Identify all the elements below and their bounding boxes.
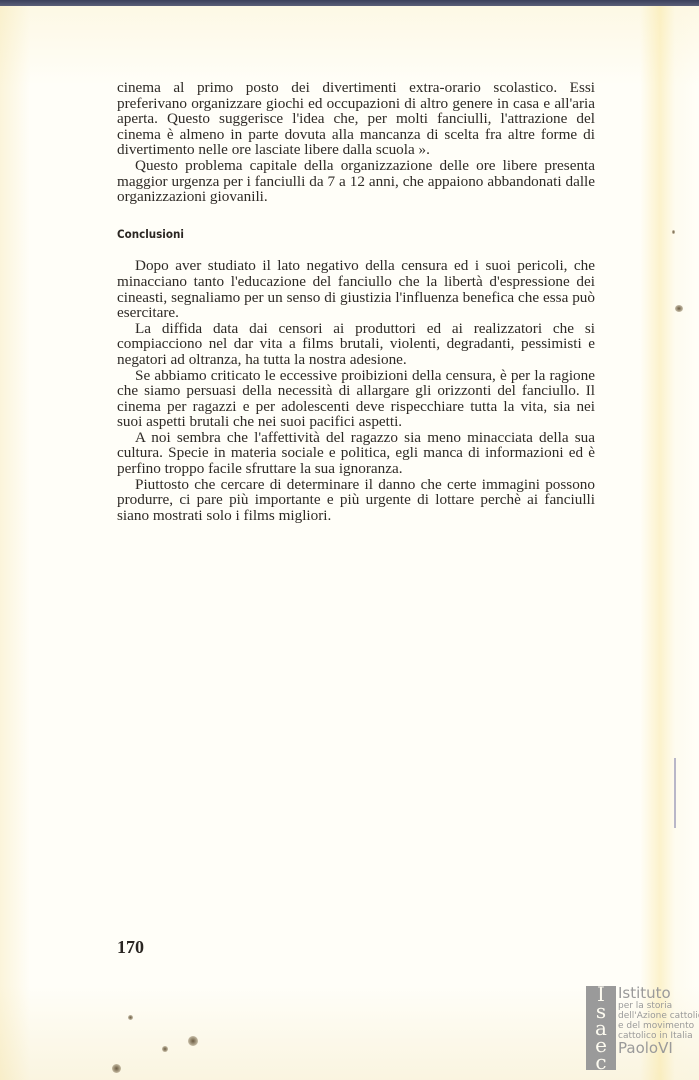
ink-spot: [162, 1046, 168, 1052]
paragraph: cinema al primo posto dei divertimenti e…: [117, 80, 595, 158]
paragraph: Dopo aver studiato il lato negativo dell…: [117, 258, 595, 320]
page-number: 170: [117, 937, 144, 958]
ink-spot: [672, 230, 675, 234]
ink-spot: [128, 1015, 133, 1020]
watermark-line: PaoloVI: [618, 1041, 699, 1056]
watermark-line: Istituto: [618, 986, 699, 1001]
page-body: cinema al primo posto dei divertimenti e…: [117, 80, 595, 523]
watermark-monogram: I s a e c: [586, 986, 616, 1070]
section-heading: Conclusioni: [117, 227, 547, 243]
margin-mark: [674, 758, 676, 828]
paragraph: Se abbiamo criticato le eccessive proibi…: [117, 368, 595, 430]
watermark-line: e del movimento: [618, 1021, 699, 1031]
paragraph: La diffida data dai censori ai produttor…: [117, 321, 595, 368]
watermark-logo: I s a e c Istituto per la storia dell'Az…: [586, 986, 696, 1070]
monogram-letter: c: [586, 1054, 616, 1071]
ink-spot: [188, 1036, 198, 1046]
paragraph: Piuttosto che cercare di determinare il …: [117, 477, 595, 524]
watermark-line: dell'Azione cattolica: [618, 1011, 699, 1021]
ink-spot: [675, 305, 683, 312]
watermark-line: per la storia: [618, 1001, 699, 1011]
paragraph: Questo problema capitale della organizza…: [117, 158, 595, 205]
ink-spot: [112, 1064, 121, 1073]
paragraph: A noi sembra che l'affettività del ragaz…: [117, 430, 595, 477]
watermark-text: Istituto per la storia dell'Azione catto…: [618, 986, 699, 1056]
